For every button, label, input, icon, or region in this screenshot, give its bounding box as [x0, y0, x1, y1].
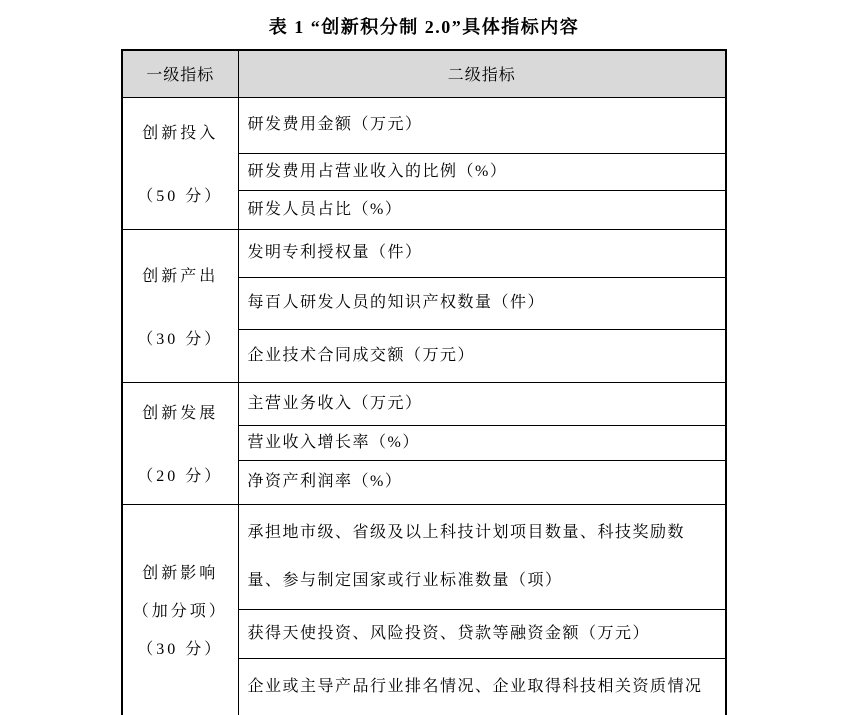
primary-cell-lines: 创新发展 （20 分）: [125, 400, 236, 486]
secondary-indicator-cell: 主营业务收入（万元）: [238, 382, 726, 425]
primary-indicator-name: 创新投入: [142, 120, 218, 143]
secondary-indicator-cell: 企业技术合同成交额（万元）: [238, 329, 726, 382]
primary-indicator-name: 创新影响: [142, 560, 218, 583]
table-row: 创新投入 （50 分） 研发费用金额（万元）: [122, 97, 726, 153]
primary-indicator-name: 创新产出: [142, 263, 218, 286]
primary-indicator-bonus-label: （加分项）: [133, 598, 228, 621]
secondary-indicator-cell: 研发费用金额（万元）: [238, 97, 726, 153]
secondary-indicator-cell: 发明专利授权量（件）: [238, 229, 726, 277]
document-page: 表 1 “创新积分制 2.0”具体指标内容 一级指标 二级指标 创新投入 （50…: [0, 0, 848, 715]
secondary-indicator-cell: 获得天使投资、风险投资、贷款等融资金额（万元）: [238, 609, 726, 658]
table-caption: 表 1 “创新积分制 2.0”具体指标内容: [0, 0, 848, 39]
secondary-indicator-cell: 净资产利润率（%）: [238, 460, 726, 504]
secondary-indicator-cell: 承担地市级、省级及以上科技计划项目数量、科技奖励数量、参与制定国家或行业标准数量…: [238, 504, 726, 609]
primary-indicator-name: 创新发展: [142, 400, 218, 423]
indicator-table: 一级指标 二级指标 创新投入 （50 分） 研发费用金额（万元） 研发费用占营业…: [121, 49, 727, 715]
primary-cell-innovation-development: 创新发展 （20 分）: [122, 382, 238, 504]
table-row: 创新产出 （30 分） 发明专利授权量（件）: [122, 229, 726, 277]
secondary-indicator-cell: 研发人员占比（%）: [238, 190, 726, 229]
header-secondary-indicator: 二级指标: [238, 50, 726, 97]
primary-cell-lines: 创新投入 （50 分）: [125, 120, 236, 206]
secondary-indicator-cell: 研发费用占营业收入的比例（%）: [238, 153, 726, 190]
primary-indicator-score: （30 分）: [137, 636, 223, 659]
primary-cell-innovation-output: 创新产出 （30 分）: [122, 229, 238, 382]
table-row: 创新发展 （20 分） 主营业务收入（万元）: [122, 382, 726, 425]
header-primary-indicator: 一级指标: [122, 50, 238, 97]
secondary-indicator-cell: 企业或主导产品行业排名情况、企业取得科技相关资质情况: [238, 658, 726, 715]
primary-cell-innovation-investment: 创新投入 （50 分）: [122, 97, 238, 229]
table-header-row: 一级指标 二级指标: [122, 50, 726, 97]
primary-indicator-score: （20 分）: [137, 463, 223, 486]
primary-cell-lines: 创新影响 （加分项） （30 分）: [125, 560, 236, 659]
secondary-indicator-cell: 每百人研发人员的知识产权数量（件）: [238, 277, 726, 329]
primary-cell-lines: 创新产出 （30 分）: [125, 263, 236, 349]
primary-indicator-score: （50 分）: [137, 183, 223, 206]
table-row: 创新影响 （加分项） （30 分） 承担地市级、省级及以上科技计划项目数量、科技…: [122, 504, 726, 609]
primary-indicator-score: （30 分）: [137, 326, 223, 349]
primary-cell-innovation-impact: 创新影响 （加分项） （30 分）: [122, 504, 238, 715]
secondary-indicator-cell: 营业收入增长率（%）: [238, 425, 726, 460]
